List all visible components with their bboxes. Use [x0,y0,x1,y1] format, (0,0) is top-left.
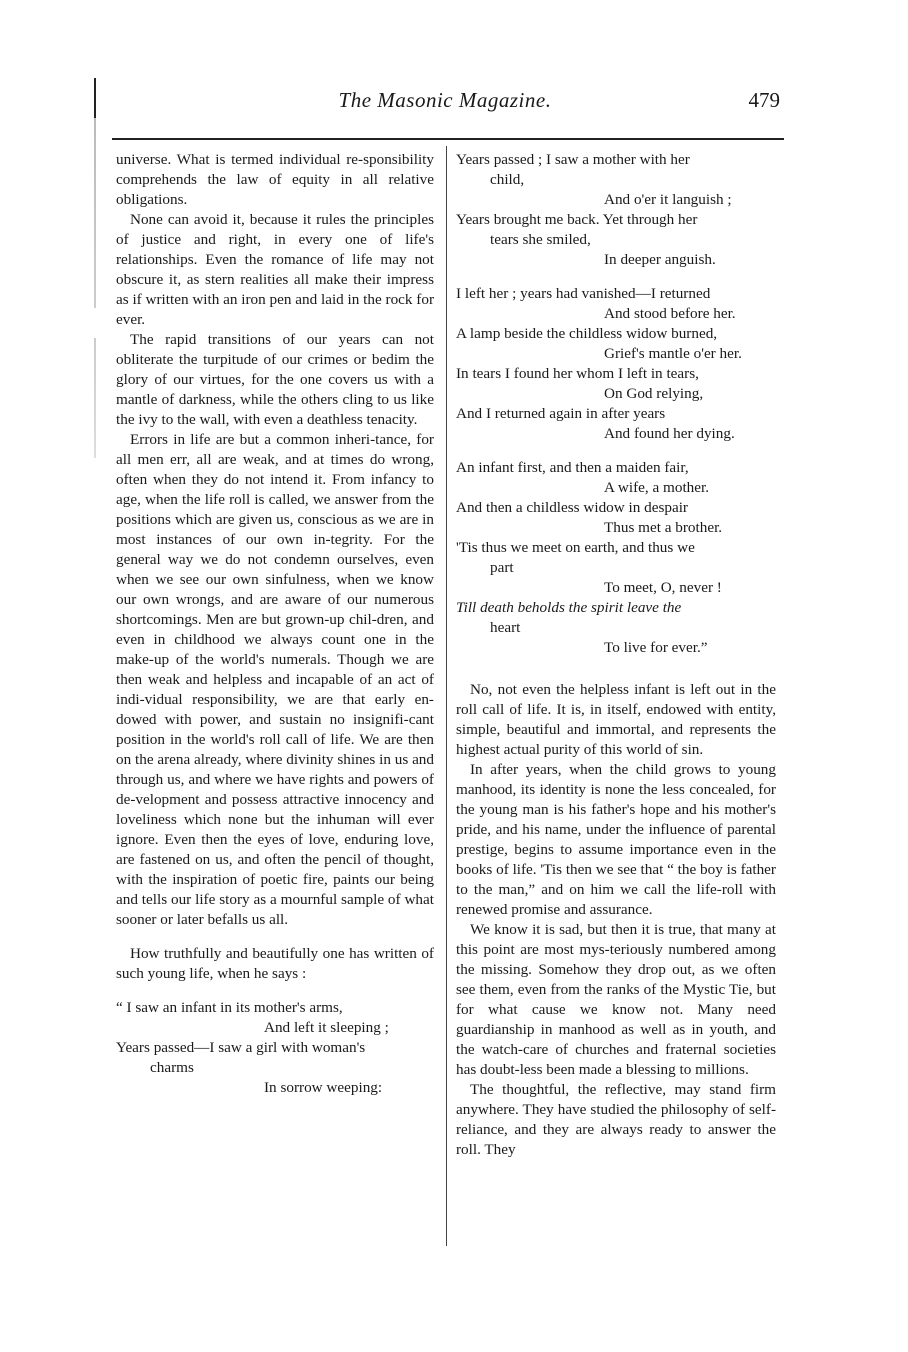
poem-verse: “ I saw an infant in its mother's arms, … [116,998,434,1098]
verse-line: tears she smiled, [456,230,776,250]
verse-line: And left it sleeping ; [116,1018,434,1038]
verse-line: A lamp beside the childless widow burned… [456,324,776,344]
verse-line: To live for ever.” [456,638,776,658]
paragraph: In after years, when the child grows to … [456,760,776,920]
right-column: Years passed ; I saw a mother with her c… [456,150,776,1160]
verse-line: Thus met a brother. [456,518,776,538]
verse-line: part [456,558,776,578]
page-header: The Masonic Magazine. 479 [110,88,780,118]
verse-line: I left her ; years had vanished—I return… [456,284,776,304]
verse-line: In sorrow weeping: [116,1078,434,1098]
left-column: universe. What is termed individual re-s… [116,150,434,1098]
verse-line: Till death beholds the spirit leave the [456,598,776,618]
paragraph: How truthfully and beautifully one has w… [116,944,434,984]
verse-line: An infant first, and then a maiden fair, [456,458,776,478]
verse-line: heart [456,618,776,638]
verse-line: And found her dying. [456,424,776,444]
column-divider [446,146,447,1246]
verse-line: On God relying, [456,384,776,404]
paragraph: We know it is sad, but then it is true, … [456,920,776,1080]
paragraph: universe. What is termed individual re-s… [116,150,434,210]
verse-line: A wife, a mother. [456,478,776,498]
header-rule [112,138,784,140]
verse-line: Years brought me back. Yet through her [456,210,776,230]
verse-line: “ I saw an infant in its mother's arms, [116,998,434,1018]
verse-line: And stood before her. [456,304,776,324]
poem-verse: Years passed ; I saw a mother with her c… [456,150,776,658]
verse-line: Years passed ; I saw a mother with her [456,150,776,170]
verse-line: To meet, O, never ! [456,578,776,598]
paragraph: None can avoid it, because it rules the … [116,210,434,330]
verse-line: In deeper anguish. [456,250,776,270]
verse-line: In tears I found her whom I left in tear… [456,364,776,384]
paragraph: The thoughtful, the reflective, may stan… [456,1080,776,1160]
paragraph: The rapid transitions of our years can n… [116,330,434,430]
verse-line: Years passed—I saw a girl with woman's [116,1038,434,1058]
verse-line: And o'er it languish ; [456,190,776,210]
verse-line: 'Tis thus we meet on earth, and thus we [456,538,776,558]
verse-line: And then a childless widow in despair [456,498,776,518]
verse-line: And I returned again in after years [456,404,776,424]
verse-line: Grief's mantle o'er her. [456,344,776,364]
magazine-page: The Masonic Magazine. 479 universe. What… [0,0,908,1352]
paragraph: Errors in life are but a common inheri-t… [116,430,434,930]
page-number: 479 [749,88,781,113]
verse-line: charms [116,1058,434,1078]
binding-edge-mark [94,78,96,458]
paragraph: No, not even the helpless infant is left… [456,680,776,760]
running-title: The Masonic Magazine. [110,88,780,113]
verse-line: child, [456,170,776,190]
